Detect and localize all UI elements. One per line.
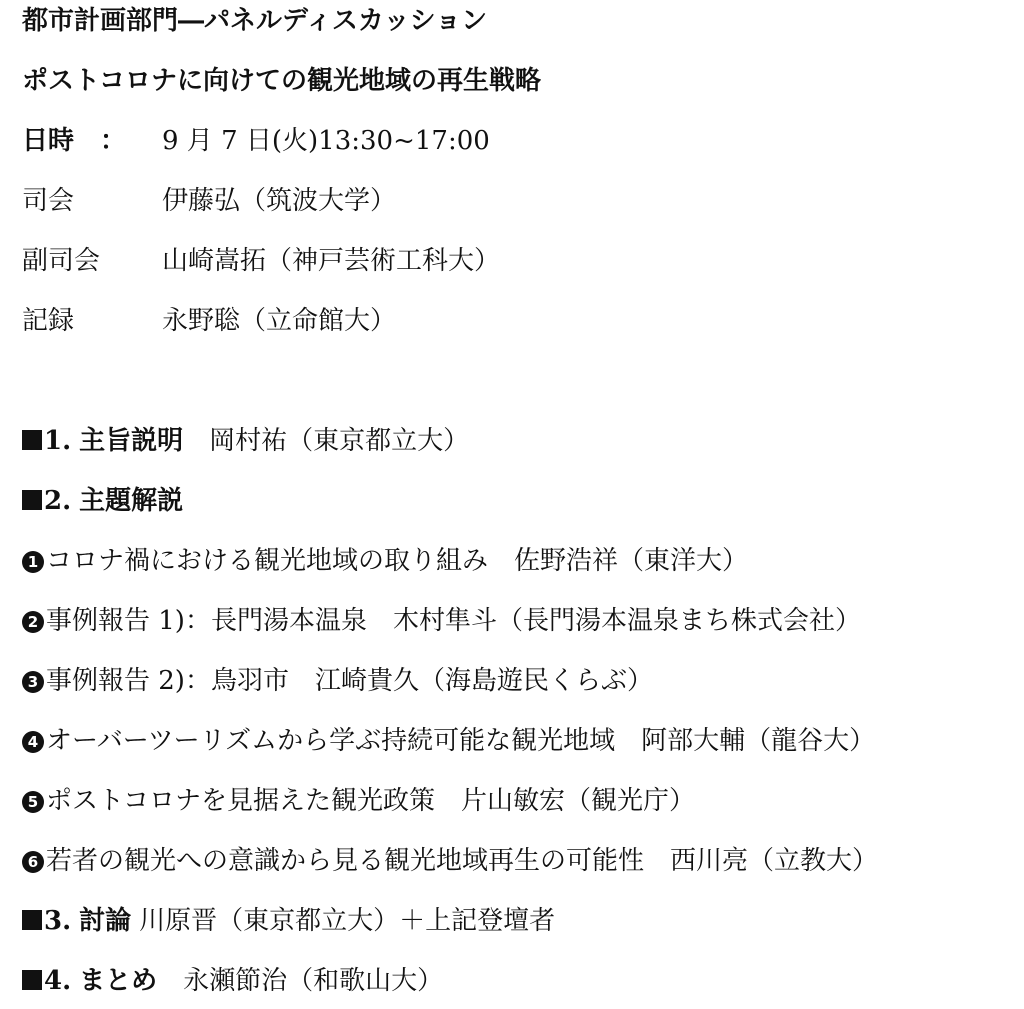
section-number: 2. — [44, 486, 71, 516]
record-row: 記録永野聡（立命館大） — [22, 304, 396, 338]
talk-topic: コロナ禍における観光地域の取り組み — [46, 546, 488, 576]
talk-topic: 若者の観光への意識から見る観光地域再生の可能性 — [46, 846, 644, 876]
square-bullet-icon — [22, 490, 42, 510]
section-speaker: 岡村祐（東京都立大） — [209, 426, 469, 456]
section-3: 3.討論川原晋（東京都立大）＋上記登壇者 — [22, 904, 555, 938]
square-bullet-icon — [22, 970, 42, 990]
talk-topic: オーバーツーリズムから学ぶ持続可能な観光地域 — [46, 726, 615, 756]
talk-speaker: 佐野浩祥（東洋大） — [514, 546, 748, 576]
talk-item: 4オーバーツーリズムから学ぶ持続可能な観光地域阿部大輔（龍谷大） — [22, 724, 875, 758]
section-number: 3. — [44, 906, 71, 936]
section-title: 討論 — [79, 906, 131, 936]
square-bullet-icon — [22, 910, 42, 930]
talk-item: 1コロナ禍における観光地域の取り組み佐野浩祥（東洋大） — [22, 544, 748, 578]
talk-item: 5ポストコロナを見据えた観光政策片山敏宏（観光庁） — [22, 784, 695, 818]
section-speaker: 永瀬節治（和歌山大） — [183, 966, 443, 996]
datetime-value: 9 月 7 日(火)13:30~17:00 — [162, 126, 490, 156]
chair-row: 司会伊藤弘（筑波大学） — [22, 184, 396, 218]
chair-label: 司会 — [22, 184, 162, 218]
talk-topic: 事例報告 2)：鳥羽市 — [46, 666, 289, 696]
chair-value: 伊藤弘（筑波大学） — [162, 186, 396, 216]
circled-number-icon: 6 — [22, 851, 44, 873]
section-title: 主題解説 — [79, 486, 183, 516]
record-label: 記録 — [22, 304, 162, 338]
vice-chair-row: 副司会山崎嵩拓（神戸芸術工科大） — [22, 244, 500, 278]
circled-number-icon: 3 — [22, 671, 44, 693]
section-2: 2.主題解説 — [22, 484, 183, 518]
section-speaker: 川原晋（東京都立大）＋上記登壇者 — [139, 906, 555, 936]
vice-chair-value: 山崎嵩拓（神戸芸術工科大） — [162, 246, 500, 276]
document-title: 都市計画部門―パネルディスカッション — [22, 4, 487, 38]
circled-number-icon: 5 — [22, 791, 44, 813]
section-number: 4. — [44, 966, 71, 996]
talk-speaker: 阿部大輔（龍谷大） — [641, 726, 875, 756]
circled-number-icon: 1 — [22, 551, 44, 573]
section-title: 主旨説明 — [79, 426, 183, 456]
talk-speaker: 木村隼斗（長門湯本温泉まち株式会社） — [393, 606, 861, 636]
talk-item: 2事例報告 1)：長門湯本温泉木村隼斗（長門湯本温泉まち株式会社） — [22, 604, 861, 638]
section-number: 1. — [44, 426, 71, 456]
talk-speaker: 片山敏宏（観光庁） — [461, 786, 695, 816]
section-1: 1.主旨説明岡村祐（東京都立大） — [22, 424, 469, 458]
talk-item: 3事例報告 2)：鳥羽市江崎貴久（海島遊民くらぶ） — [22, 664, 653, 698]
circled-number-icon: 4 — [22, 731, 44, 753]
square-bullet-icon — [22, 430, 42, 450]
talk-speaker: 西川亮（立教大） — [670, 846, 878, 876]
datetime-row: 日時 ：9 月 7 日(火)13:30~17:00 — [22, 124, 490, 158]
record-value: 永野聡（立命館大） — [162, 306, 396, 336]
talk-speaker: 江崎貴久（海島遊民くらぶ） — [315, 666, 653, 696]
section-4: 4.まとめ永瀬節治（和歌山大） — [22, 964, 443, 998]
vice-chair-label: 副司会 — [22, 244, 162, 278]
talk-topic: 事例報告 1)：長門湯本温泉 — [46, 606, 367, 636]
document-subtitle: ポストコロナに向けての観光地域の再生戦略 — [22, 64, 541, 98]
talk-item: 6若者の観光への意識から見る観光地域再生の可能性西川亮（立教大） — [22, 844, 878, 878]
datetime-label: 日時 ： — [22, 124, 162, 158]
section-title: まとめ — [79, 966, 157, 996]
talk-topic: ポストコロナを見据えた観光政策 — [46, 786, 435, 816]
circled-number-icon: 2 — [22, 611, 44, 633]
